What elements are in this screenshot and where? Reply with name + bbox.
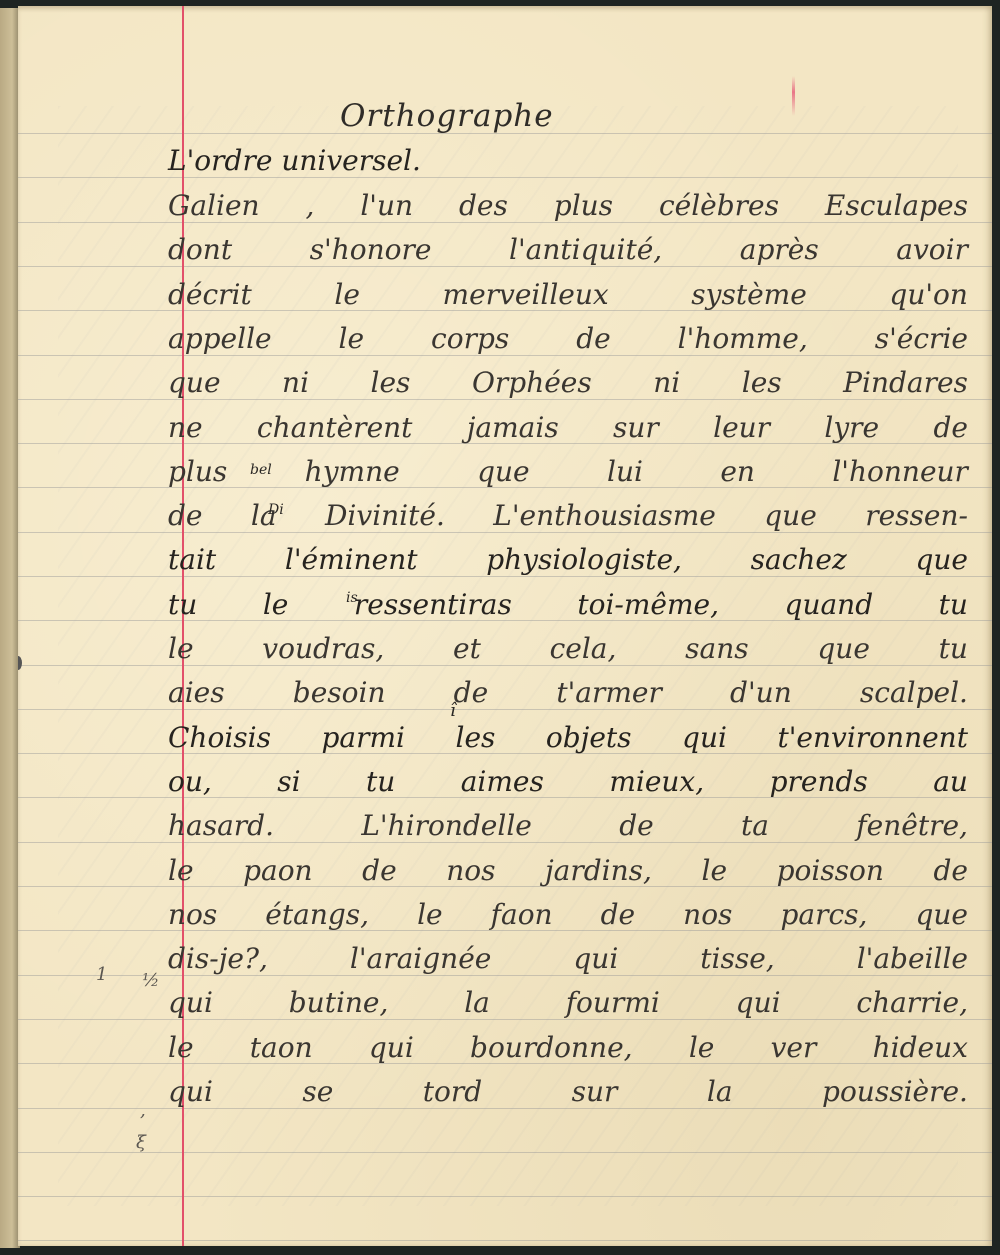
word: sur (572, 1075, 618, 1108)
word: t'armer (556, 676, 662, 709)
word: physiologiste, (486, 543, 682, 576)
word: la (464, 986, 490, 1019)
word: merveilleux (443, 278, 609, 311)
staple-hole (18, 656, 22, 670)
word: de (601, 898, 636, 931)
correction-bel: bel (250, 462, 272, 478)
word: tu (168, 588, 197, 621)
word: toi-même, (577, 588, 719, 621)
word: le (263, 588, 289, 621)
text-line: plushymnequeluienl'honneur (168, 455, 968, 488)
text-line: tuleressentirastoi-même,quandtu (168, 588, 968, 621)
text-line: Galien,l'undespluscélèbresEsculapes (168, 189, 968, 222)
ruled-line (18, 1196, 992, 1197)
word: tu (939, 632, 968, 665)
word: aimes (461, 765, 544, 798)
text-line: quibutine,lafourmiquicharrie, (168, 986, 968, 1019)
word: dis-je?, (168, 942, 268, 975)
ruled-line (18, 975, 992, 976)
word: paon (243, 854, 313, 887)
word: appelle (168, 322, 272, 355)
word: ne (168, 411, 203, 444)
word: de (933, 411, 968, 444)
word: que (915, 543, 968, 576)
word: fenêtre, (856, 809, 968, 842)
word: le (168, 854, 194, 887)
word: Orphées (472, 366, 592, 399)
word: hideux (873, 1031, 968, 1064)
word: de (454, 676, 489, 709)
word: l'abeille (857, 942, 968, 975)
word: faon (491, 898, 553, 931)
correction-circumflex: î (450, 700, 456, 721)
margin-mark-1: 1 (96, 964, 107, 985)
ruled-line (18, 222, 992, 223)
text-line: dis-je?,l'araignéequitisse,l'abeille (168, 942, 968, 975)
word: qui (573, 942, 618, 975)
word: avoir (896, 233, 968, 266)
word: plus (168, 455, 227, 488)
word: tord (423, 1075, 482, 1108)
word: le (417, 898, 443, 931)
word: lui (607, 455, 643, 488)
ruled-line (18, 1152, 992, 1153)
notebook-binding (0, 8, 20, 1248)
word: le (702, 854, 728, 887)
ruled-line (18, 532, 992, 533)
text-line: quenilesOrphéesnilesPindares (168, 366, 968, 399)
word: objets (546, 721, 632, 754)
word: après (740, 233, 819, 266)
word: de (576, 322, 611, 355)
text-line: levoudras,etcela,sansquetu (168, 632, 968, 665)
text-line: appellelecorpsdel'homme,s'écrie (168, 322, 968, 355)
word: nos (446, 854, 495, 887)
word: l'homme, (678, 322, 808, 355)
word: l'antiquité, (509, 233, 662, 266)
word: si (277, 765, 300, 798)
word: que (168, 366, 221, 399)
correction-is: is (346, 590, 358, 606)
word: célèbres (659, 189, 779, 222)
word: des (459, 189, 508, 222)
word: qui (682, 721, 727, 754)
word: qui (168, 986, 213, 1019)
word: jamais (467, 411, 559, 444)
word: ou, (168, 765, 212, 798)
word: butine, (289, 986, 389, 1019)
margin-mark-squiggle: ξ (136, 1132, 146, 1153)
word: Esculapes (825, 189, 968, 222)
text-line: nechantèrentjamaissurleurlyrede (168, 411, 968, 444)
word: parmi (321, 721, 405, 754)
ruled-line (18, 1240, 992, 1241)
ruled-line (18, 1108, 992, 1109)
word: les (371, 366, 411, 399)
word: décrit (168, 278, 252, 311)
word: le (339, 322, 365, 355)
text-line: quisetordsurlapoussière. (168, 1075, 968, 1108)
word: d'un (730, 676, 792, 709)
word: de (619, 809, 654, 842)
text-line: aiesbesoindet'armerd'unscalpel. (168, 676, 968, 709)
word: de (168, 499, 203, 532)
word: hymne (305, 455, 400, 488)
word: voudras, (262, 632, 384, 665)
word: mieux, (609, 765, 704, 798)
word: dont (168, 233, 232, 266)
word: Choisis (168, 721, 271, 754)
word: parcs, (780, 898, 867, 931)
word: le (334, 278, 360, 311)
word: prends (770, 765, 868, 798)
word: hasard. (168, 809, 274, 842)
word: corps (431, 322, 509, 355)
word: les (742, 366, 782, 399)
word: que (915, 898, 968, 931)
ruled-line (18, 177, 992, 178)
word: cela, (550, 632, 617, 665)
subtitle: L'ordre universel. (168, 144, 421, 177)
word: tait (168, 543, 216, 576)
text-line: ou,situaimesmieux,prendsau (168, 765, 968, 798)
word: L'enthousiasme (493, 499, 716, 532)
word: se (302, 1075, 333, 1108)
subtitle-line: L'ordre universel. (168, 144, 548, 177)
word: sans (685, 632, 748, 665)
page-title: Orthographe (340, 98, 554, 134)
word: que (477, 455, 530, 488)
word: tu (939, 588, 968, 621)
word: , (306, 189, 315, 222)
word: l'honneur (832, 455, 968, 488)
word: système (691, 278, 807, 311)
word: nos (168, 898, 217, 931)
text-line: taitl'éminentphysiologiste,sachezque (168, 543, 968, 576)
word: l'un (360, 189, 413, 222)
word: taon (250, 1031, 313, 1064)
word: besoin (293, 676, 386, 709)
word: chantèrent (257, 411, 413, 444)
pink-ink-mark (792, 76, 795, 116)
ruled-line (18, 665, 992, 666)
word: leur (713, 411, 770, 444)
correction-di: Di (268, 502, 284, 518)
word: de (362, 854, 397, 887)
word: poussière. (822, 1075, 968, 1108)
word: sur (613, 411, 659, 444)
word: que (764, 499, 817, 532)
word: qui (168, 1075, 213, 1108)
word: ver (771, 1031, 817, 1064)
word: l'araignée (350, 942, 491, 975)
word: nos (683, 898, 732, 931)
text-line: hasard.L'hirondelledetafenêtre, (168, 809, 968, 842)
word: lyre (824, 411, 879, 444)
margin-mark-comma: , (140, 1100, 146, 1121)
word: ta (741, 809, 769, 842)
word: sachez (751, 543, 847, 576)
word: tu (366, 765, 395, 798)
ruled-line (18, 355, 992, 356)
word: qu'on (889, 278, 968, 311)
word: plus (554, 189, 613, 222)
word: tisse, (700, 942, 774, 975)
word: le (689, 1031, 715, 1064)
margin-mark-fraction: ½ (142, 970, 159, 991)
word: fourmi (566, 986, 660, 1019)
word: l'éminent (285, 543, 418, 576)
word: Divinité. (325, 499, 445, 532)
notebook-page: Orthographe L'ordre universel.Galien,l'u… (18, 6, 992, 1246)
text-line: décritlemerveilleuxsystèmequ'on (168, 278, 968, 311)
text-line: nosétangs,lefaondenosparcs,que (168, 898, 968, 931)
word: qui (369, 1031, 414, 1064)
word: s'écrie (875, 322, 968, 355)
text-line: delaDivinité.L'enthousiasmequeressen- (168, 499, 968, 532)
word: L'hirondelle (361, 809, 532, 842)
word: le (168, 632, 194, 665)
word: bourdonne, (470, 1031, 633, 1064)
text-line: donts'honorel'antiquité,aprèsavoir (168, 233, 968, 266)
word: la (707, 1075, 733, 1108)
word: le (168, 1031, 194, 1064)
text-line: letaonquibourdonne,leverhideux (168, 1031, 968, 1064)
word: poisson (777, 854, 884, 887)
text-line: Choisisparmilesobjetsquit'environnent (168, 721, 968, 754)
word: en (720, 455, 755, 488)
word: aies (168, 676, 225, 709)
word: qui (736, 986, 781, 1019)
word: ni (282, 366, 309, 399)
word: et (453, 632, 481, 665)
word: charrie, (856, 986, 968, 1019)
word: les (455, 721, 495, 754)
word: ressen- (865, 499, 968, 532)
word: s'honore (310, 233, 432, 266)
text-line: lepaondenosjardins,lepoissonde (168, 854, 968, 887)
word: au (933, 765, 968, 798)
word: de (934, 854, 969, 887)
word: quand (785, 588, 874, 621)
word: Galien (168, 189, 260, 222)
word: ressentiras (354, 588, 512, 621)
word: jardins, (545, 854, 652, 887)
word: ni (653, 366, 680, 399)
word: scalpel. (860, 676, 968, 709)
word: t'environnent (777, 721, 968, 754)
word: que (817, 632, 870, 665)
word: étangs, (265, 898, 369, 931)
word: Pindares (843, 366, 968, 399)
